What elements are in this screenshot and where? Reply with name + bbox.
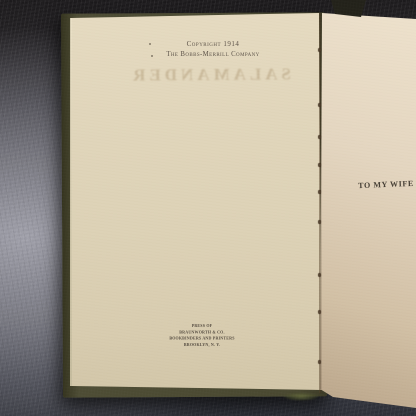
colophon-city-line: BROOKLYN, N. Y. (157, 342, 247, 348)
copyright-year-line: Copyright 1914 (118, 40, 308, 49)
stitch-hole (318, 220, 321, 224)
copyright-notice: Copyright 1914 The Bobbs-Merrill Company (118, 40, 308, 59)
stitch-hole (318, 48, 321, 52)
stitch-hole (318, 163, 321, 167)
colophon-trade-line: BOOKBINDERS AND PRINTERS (157, 336, 247, 342)
publisher-line: The Bobbs-Merrill Company (118, 50, 308, 59)
spine-bottom-headband (278, 391, 324, 402)
stitch-hole (318, 135, 321, 139)
open-book-photo: Copyright 1914 The Bobbs-Merrill Company… (0, 0, 416, 416)
stitch-hole (318, 103, 321, 107)
title-showthrough-mirrored: SALAMANDER (125, 64, 295, 85)
stitch-hole (318, 310, 321, 314)
stitch-hole (318, 190, 321, 194)
page-fore-edge (70, 18, 72, 386)
book-gutter (319, 13, 322, 393)
printer-colophon: PRESS OF BRAUNWORTH & CO. BOOKBINDERS AN… (157, 323, 247, 348)
stitch-hole (318, 360, 321, 364)
stitch-hole (318, 273, 321, 277)
